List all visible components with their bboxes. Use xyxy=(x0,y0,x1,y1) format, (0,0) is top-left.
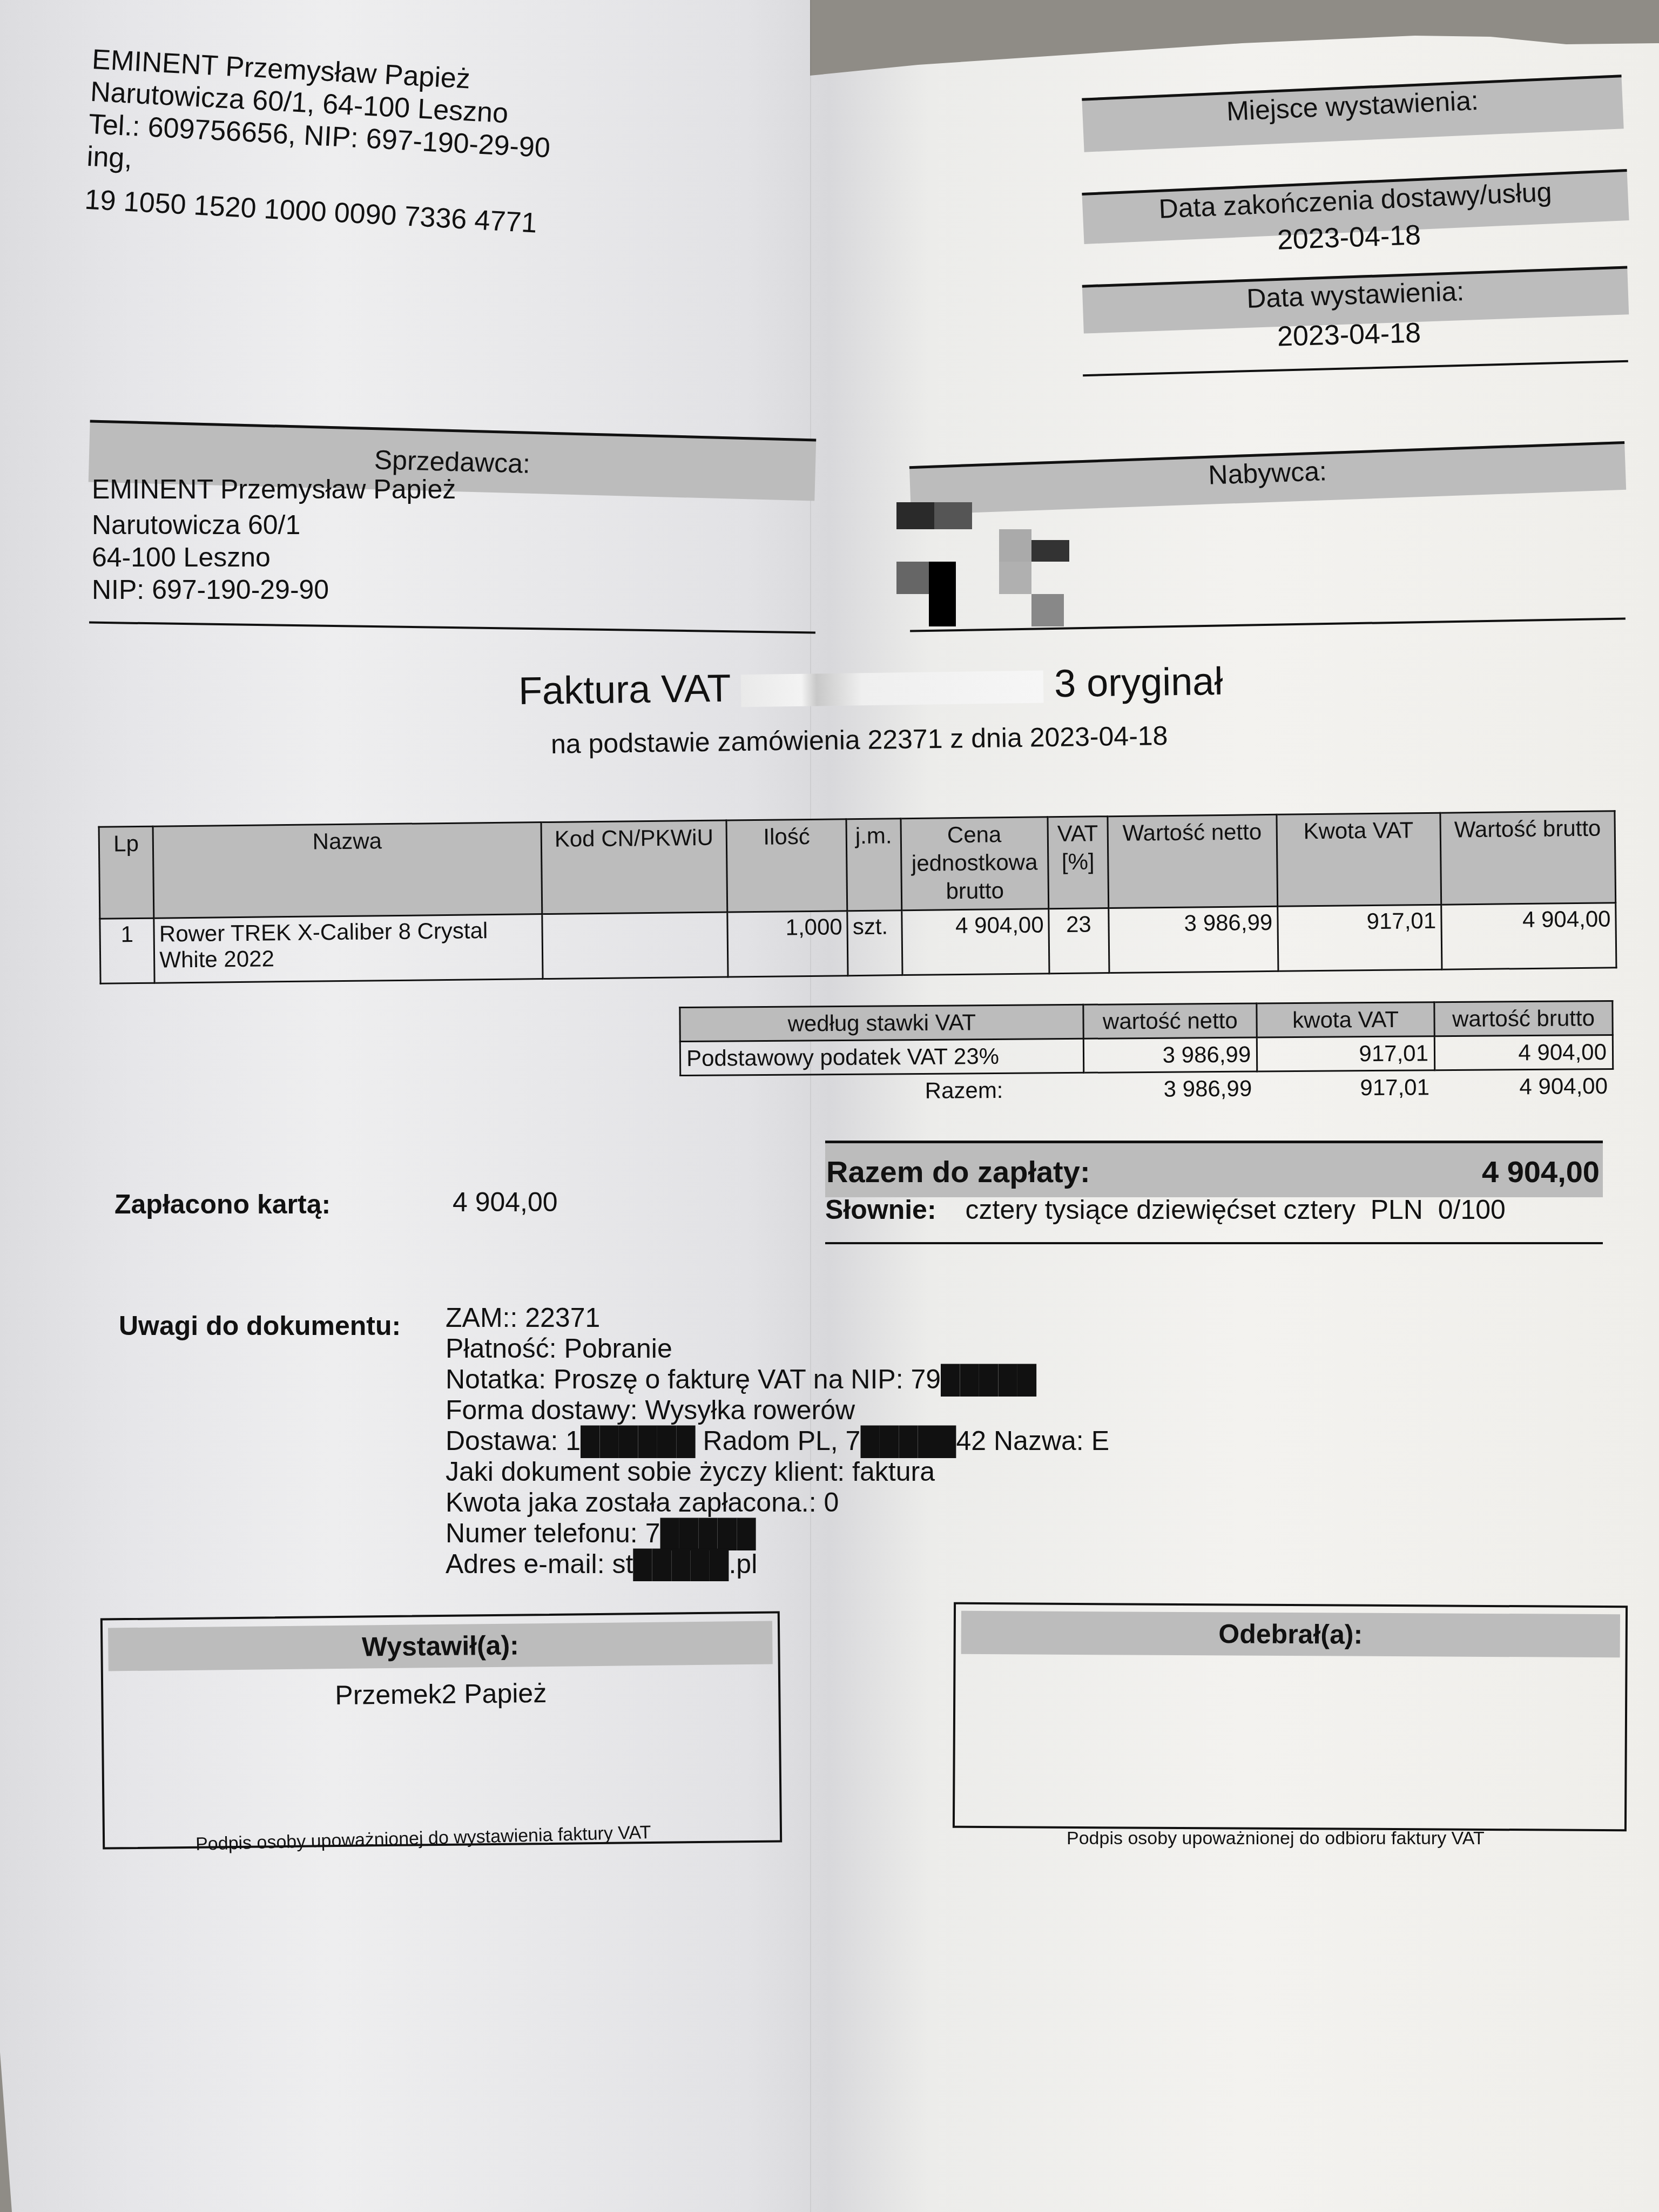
note-paid-amount: Kwota jaka została zapłacona.: 0 xyxy=(446,1487,1109,1518)
vat-total-row: Razem: 3 986,99 917,01 4 904,00 xyxy=(680,1069,1613,1109)
cell-vat: 917,01 xyxy=(1277,905,1441,971)
cell-unit: szt. xyxy=(847,911,902,976)
table-row: Podstawowy podatek VAT 23% 3 986,99 917,… xyxy=(680,1035,1613,1075)
items-table: Lp Nazwa Kod CN/PKWiU Ilość j.m. Cena je… xyxy=(98,810,1617,984)
vat-col-vat: kwota VAT xyxy=(1257,1002,1434,1037)
vat-total-vat: 917,01 xyxy=(1257,1070,1435,1105)
col-vat: Kwota VAT xyxy=(1277,813,1441,906)
col-qty: Ilość xyxy=(726,819,847,912)
vat-row-gross: 4 904,00 xyxy=(1434,1035,1613,1070)
vat-header-row: według stawki VAT wartość netto kwota VA… xyxy=(680,1001,1613,1041)
vat-total-net: 3 986,99 xyxy=(1084,1071,1257,1106)
col-vat-rate: VAT [%] xyxy=(1048,817,1108,909)
seller-block: EMINENT Przemysław Papież Narutowicza 60… xyxy=(92,470,456,606)
issuer-signature-box: Wystawił(a): Przemek2 Papież xyxy=(100,1611,782,1849)
title-suffix: oryginał xyxy=(1087,660,1223,705)
vat-rate-name: Podstawowy podatek VAT 23% xyxy=(680,1038,1084,1075)
seller-nip: NIP: 697-190-29-90 xyxy=(92,574,456,606)
note-delivery-form: Forma dostawy: Wysyłka rowerów xyxy=(446,1395,1109,1426)
cell-qty: 1,000 xyxy=(727,911,848,977)
paid-card-label: Zapłacono kartą: xyxy=(114,1188,331,1220)
total-due-value: 4 904,00 xyxy=(1482,1154,1600,1189)
col-unit-price: Cena jednostkowa brutto xyxy=(901,817,1049,911)
receiver-label: Odebrał(a): xyxy=(961,1611,1620,1657)
col-name: Nazwa xyxy=(153,822,542,919)
seller-street: Narutowicza 60/1 xyxy=(92,509,456,541)
receiver-caption: Podpis osoby upoważnionej do odbioru fak… xyxy=(1067,1828,1485,1849)
cell-unit-price: 4 904,00 xyxy=(901,909,1049,975)
vat-summary-table: według stawki VAT wartość netto kwota VA… xyxy=(679,1000,1614,1109)
title-suffix-year: 3 xyxy=(1054,662,1076,706)
vat-col-rate: według stawki VAT xyxy=(680,1004,1084,1041)
note-email: Adres e-mail: st█████.pl xyxy=(446,1549,1109,1580)
total-due-band: Razem do zapłaty: 4 904,00 xyxy=(825,1141,1603,1197)
seller-name: EMINENT Przemysław Papież xyxy=(92,470,456,509)
title-prefix: Faktura VAT xyxy=(518,667,731,713)
col-unit: j.m. xyxy=(846,819,901,911)
vat-col-gross: wartość brutto xyxy=(1434,1001,1613,1036)
vat-col-net: wartość netto xyxy=(1083,1003,1257,1038)
receiver-name xyxy=(955,1665,1625,1668)
cell-gross: 4 904,00 xyxy=(1441,903,1616,969)
total-due-label: Razem do zapłaty: xyxy=(826,1154,1090,1189)
cell-vat-rate: 23 xyxy=(1049,908,1109,974)
issue-date-value: 2023-04-18 xyxy=(1277,317,1421,353)
cell-name: Rower TREK X-Caliber 8 Crystal White 202… xyxy=(154,914,543,983)
note-payment: Płatność: Pobranie xyxy=(446,1333,1109,1364)
delivery-date-value: 2023-04-18 xyxy=(1277,219,1421,256)
in-words-label: Słownie: xyxy=(825,1195,936,1225)
cell-net: 3 986,99 xyxy=(1108,906,1278,973)
note-document-type: Jaki dokument sobie życzy klient: faktur… xyxy=(446,1456,1109,1487)
buyer-redaction xyxy=(896,502,1139,626)
note-delivery: Dostawa: 1██████ Radom PL, 7█████42 Nazw… xyxy=(446,1426,1109,1456)
vat-total-label: Razem: xyxy=(680,1073,1084,1109)
cell-code xyxy=(542,912,729,979)
in-words-value: cztery tysiące dziewięćset cztery PLN 0/… xyxy=(965,1195,1505,1225)
cell-lp: 1 xyxy=(100,918,155,983)
company-header: EMINENT Przemysław Papież Narutowicza 60… xyxy=(84,43,554,240)
items-header-row: Lp Nazwa Kod CN/PKWiU Ilość j.m. Cena je… xyxy=(99,811,1616,919)
paid-card-value: 4 904,00 xyxy=(453,1186,558,1218)
col-gross: Wartość brutto xyxy=(1440,811,1616,905)
col-code: Kod CN/PKWiU xyxy=(541,820,727,914)
in-words: Słownie: cztery tysiące dziewięćset czte… xyxy=(825,1193,1506,1226)
vat-row-vat: 917,01 xyxy=(1257,1036,1434,1071)
issuer-label: Wystawił(a): xyxy=(108,1621,773,1671)
seller-city: 64-100 Leszno xyxy=(92,541,456,574)
vat-row-net: 3 986,99 xyxy=(1084,1037,1257,1073)
vat-total-gross: 4 904,00 xyxy=(1435,1069,1613,1103)
note-phone: Numer telefonu: 7█████ xyxy=(446,1518,1109,1549)
col-net: Wartość netto xyxy=(1108,814,1278,908)
notes-lines: ZAM:: 22371 Płatność: Pobranie Notatka: … xyxy=(446,1303,1109,1580)
note-remark: Notatka: Proszę o fakturę VAT na NIP: 79… xyxy=(446,1364,1109,1395)
issuer-name: Przemek2 Papież xyxy=(103,1675,779,1713)
receiver-signature-box: Odebrał(a): xyxy=(953,1602,1628,1832)
notes-label: Uwagi do dokumentu: xyxy=(119,1310,401,1342)
title-number-redacted xyxy=(741,671,1044,707)
note-order: ZAM:: 22371 xyxy=(446,1303,1109,1333)
col-lp: Lp xyxy=(99,826,154,919)
total-bottom-rule xyxy=(825,1242,1603,1244)
